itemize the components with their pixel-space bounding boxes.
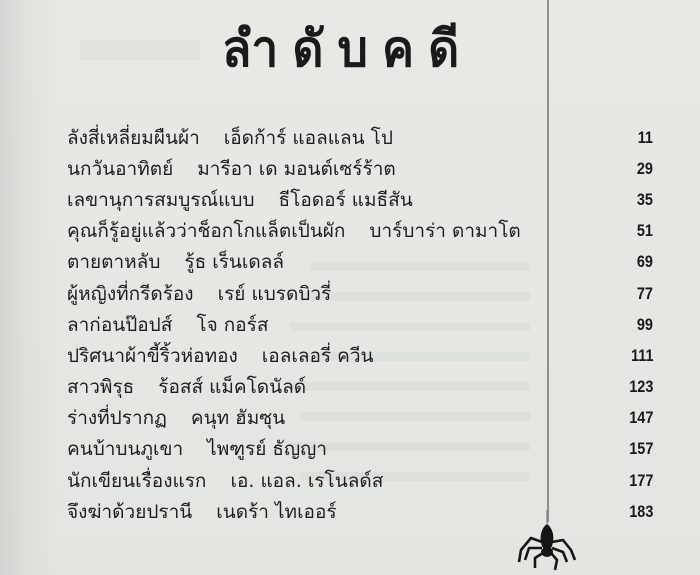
spider-icon: [505, 510, 585, 575]
book-page: ลำดับคดี ลังสี่เหลี่ยมผืนผ้า เอ็ดก้าร์ แ…: [0, 0, 700, 575]
toc-entry[interactable]: ผู้หญิงที่กรีดร้อง เรย์ แบรดบิวรี่ 77: [67, 278, 667, 309]
page-number: 99: [637, 315, 653, 335]
toc-entry[interactable]: ร่างที่ปรากฏ คนุท ฮัมซุน 147: [67, 403, 667, 434]
story-title: คนบ้าบนภูเขา: [67, 434, 183, 464]
author-name: เอลเลอรี่ ควีน: [262, 341, 374, 371]
page-number: 147: [629, 408, 653, 428]
story-title: สาวพิรุธ: [67, 372, 134, 402]
page-number: 183: [629, 502, 653, 522]
author-name: คนุท ฮัมซุน: [191, 403, 285, 433]
toc-entry[interactable]: ปริศนาผ้าขี้ริ้วห่อทอง เอลเลอรี่ ควีน 11…: [67, 340, 667, 371]
page-number: 177: [629, 471, 653, 491]
toc-entry[interactable]: เลขานุการสมบูรณ์แบบ ธีโอดอร์ แมธีสัน 35: [67, 184, 667, 215]
author-name: โจ กอร์ส: [196, 310, 268, 340]
author-name: ร้อสส์ แม็คโดนัลด์: [158, 372, 306, 402]
page-number: 11: [638, 128, 653, 148]
page-number: 69: [637, 252, 653, 272]
toc-entry[interactable]: ลังสี่เหลี่ยมผืนผ้า เอ็ดก้าร์ แอลแลน โป …: [67, 122, 667, 153]
author-name: ไพฑูรย์ ธัญญา: [207, 434, 327, 464]
author-name: เนดร้า ไทเออร์: [216, 497, 336, 527]
story-title: ผู้หญิงที่กรีดร้อง: [67, 279, 194, 309]
story-title: นกวันอาทิตย์: [67, 154, 173, 184]
page-number: 157: [629, 439, 653, 459]
toc-entry[interactable]: นกวันอาทิตย์ มารีอา เด มอนต์เซร์ร้าต 29: [67, 153, 667, 184]
toc-entry[interactable]: นักเขียนเรื่องแรก เอ. แอล. เรโนลด์ส 177: [67, 465, 667, 496]
story-title: เลขานุการสมบูรณ์แบบ: [67, 185, 255, 215]
toc-entry[interactable]: คนบ้าบนภูเขา ไพฑูรย์ ธัญญา 157: [67, 434, 667, 465]
toc-entry[interactable]: คุณก็รู้อยู่แล้วว่าช็อกโกแล็ตเป็นผัก บาร…: [67, 216, 667, 247]
story-title: จึงฆ่าด้วยปรานี: [67, 497, 192, 527]
story-title: ลังสี่เหลี่ยมผืนผ้า: [67, 123, 200, 153]
page-number: 123: [629, 377, 653, 397]
page-number: 111: [630, 346, 653, 366]
page-title: ลำดับคดี: [222, 21, 522, 79]
author-name: ธีโอดอร์ แมธีสัน: [279, 185, 413, 215]
author-name: รู้ธ เร็นเดลล์: [184, 247, 284, 277]
toc-entry[interactable]: ตายตาหลับ รู้ธ เร็นเดลล์ 69: [67, 247, 667, 278]
page-number: 51: [637, 221, 653, 241]
story-title: นักเขียนเรื่องแรก: [67, 466, 206, 496]
author-name: บาร์บาร่า ดามาโต: [369, 216, 520, 246]
story-title: ปริศนาผ้าขี้ริ้วห่อทอง: [67, 341, 238, 371]
toc-entry[interactable]: ลาก่อนป๊อปส์ โจ กอร์ส 99: [67, 309, 667, 340]
page-number: 77: [637, 284, 653, 304]
author-name: เรย์ แบรดบิวรี่: [218, 279, 332, 309]
author-name: มารีอา เด มอนต์เซร์ร้าต: [197, 154, 395, 184]
toc-entry[interactable]: สาวพิรุธ ร้อสส์ แม็คโดนัลด์ 123: [67, 372, 667, 403]
author-name: เอ. แอล. เรโนลด์ส: [230, 466, 383, 496]
page-number: 29: [637, 159, 653, 179]
page-number: 35: [637, 190, 653, 210]
author-name: เอ็ดก้าร์ แอลแลน โป: [224, 123, 393, 153]
bleed-through: [80, 40, 200, 60]
table-of-contents: ลังสี่เหลี่ยมผืนผ้า เอ็ดก้าร์ แอลแลน โป …: [67, 122, 667, 527]
story-title: ลาก่อนป๊อปส์: [67, 310, 172, 340]
story-title: ตายตาหลับ: [67, 247, 160, 277]
story-title: คุณก็รู้อยู่แล้วว่าช็อกโกแล็ตเป็นผัก: [67, 216, 345, 246]
story-title: ร่างที่ปรากฏ: [67, 403, 167, 433]
